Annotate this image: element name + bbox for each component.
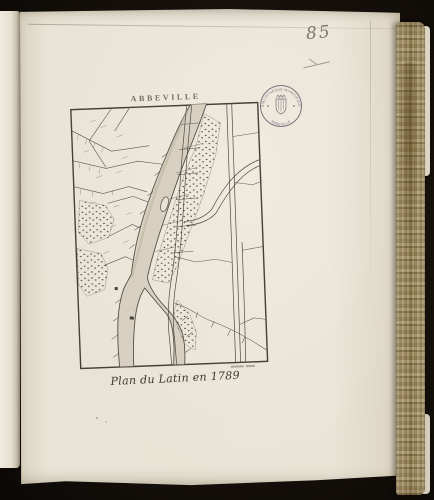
page-bend-line	[370, 21, 371, 311]
flourish-tick	[309, 59, 317, 65]
page-number: 85	[305, 24, 332, 43]
page-crease-line	[28, 24, 396, 29]
facing-page-edge	[0, 11, 20, 468]
pencil-flourish	[302, 56, 333, 72]
plate-caption: Plan du Latin en 1789	[79, 366, 272, 391]
pencil-speck	[96, 417, 98, 419]
book-page: 85 ABBEVILLE	[20, 9, 400, 487]
map-plate: ABBEVILLE	[68, 88, 271, 397]
book-photo-scene: 85 ABBEVILLE	[0, 0, 434, 500]
fore-edge-pages	[396, 22, 425, 495]
pencil-speck	[105, 421, 107, 423]
fore-edge-stain	[400, 62, 418, 252]
library-stamp-icon: BIBLIOTHÈQUE MUNICIPALE ABBEVILLE	[258, 83, 304, 129]
flourish-bar	[303, 61, 330, 68]
map-drawing	[70, 101, 270, 370]
stamp-crest	[268, 95, 295, 114]
